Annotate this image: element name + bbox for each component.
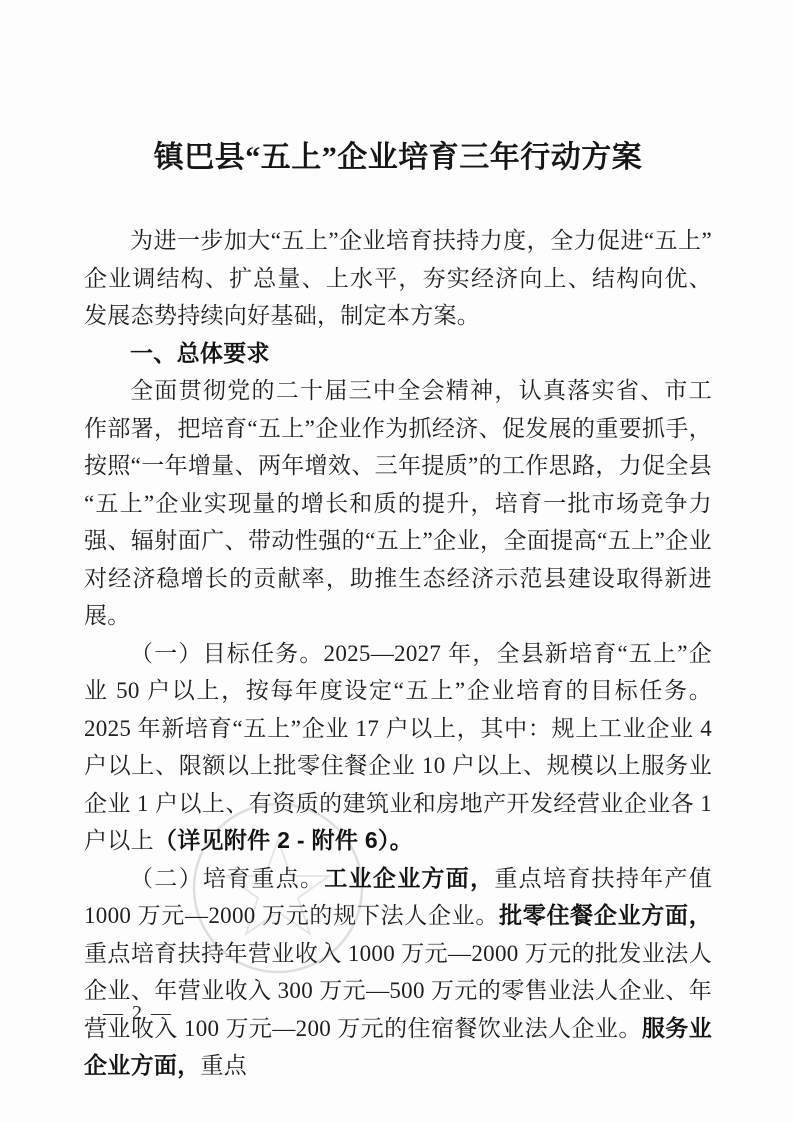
section-heading: 一、总体要求 — [84, 335, 712, 373]
text-run: 2025—2027 年，全县新培育“五上”企业 50 户以上，按每年度设定“五上… — [84, 641, 712, 854]
text-run: （详见附件 2 - 附件 6）。 — [154, 827, 413, 853]
document-body: 为进一步加大“五上”企业培育扶持力度，全力促进“五上”企业调结构、扩总量、上水平… — [84, 222, 712, 1085]
text-run: （一）目标任务。 — [130, 641, 324, 666]
text-run: 工业企业方面， — [324, 865, 494, 891]
document-title: 镇巴县“五上”企业培育三年行动方案 — [84, 138, 712, 178]
body-paragraph: （二）培育重点。工业企业方面，重点培育扶持年产值 1000 万元—2000 万元… — [84, 860, 712, 1085]
body-paragraph: 为进一步加大“五上”企业培育扶持力度，全力促进“五上”企业调结构、扩总量、上水平… — [84, 222, 712, 335]
text-run: 重点培育扶持年营业收入 1000 万元—2000 万元的批发业法人企业、年营业收… — [84, 941, 712, 1041]
body-paragraph: 全面贯彻党的二十届三中全会精神，认真落实省、市工作部署，把培育“五上”企业作为抓… — [84, 372, 712, 635]
text-run: 一、总体要求 — [130, 340, 270, 366]
text-run: 全面贯彻党的二十届三中全会精神，认真落实省、市工作部署，把培育“五上”企业作为抓… — [84, 378, 712, 628]
document-page: 镇巴县“五上”企业培育三年行动方案 为进一步加大“五上”企业培育扶持力度，全力促… — [0, 0, 793, 1122]
text-run: 重点 — [201, 1053, 248, 1078]
text-run: （二）培育重点。 — [130, 866, 324, 891]
body-paragraph: （一）目标任务。2025—2027 年，全县新培育“五上”企业 50 户以上，按… — [84, 635, 712, 860]
text-run: 为进一步加大“五上”企业培育扶持力度，全力促进“五上”企业调结构、扩总量、上水平… — [84, 228, 712, 328]
text-run: 批零住餐企业方面， — [499, 902, 712, 928]
